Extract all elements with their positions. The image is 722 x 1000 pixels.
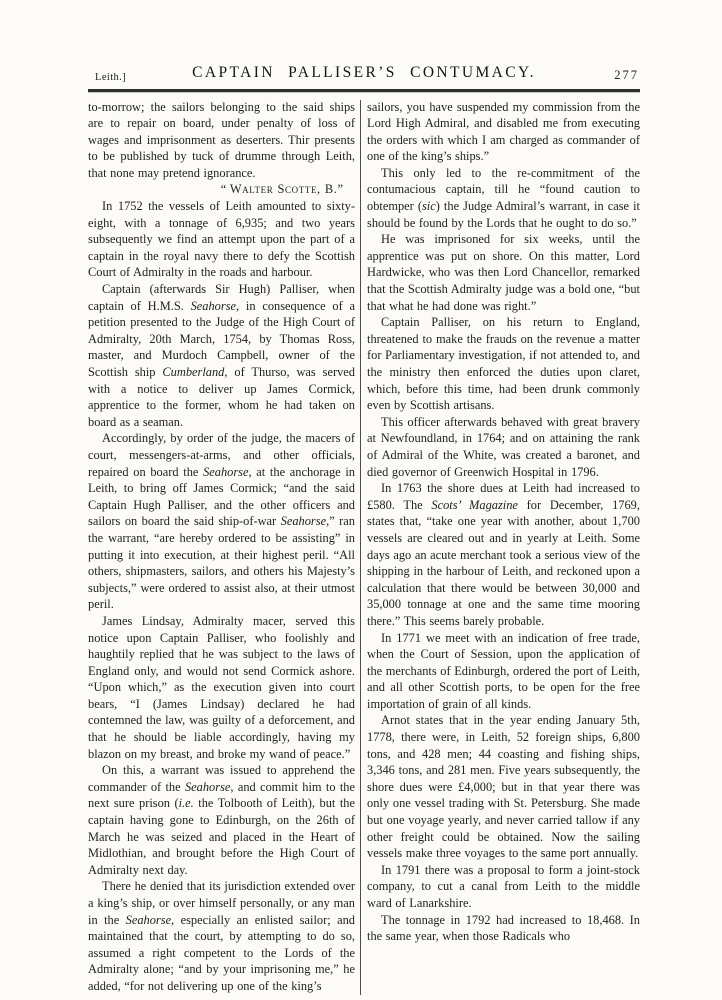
text-segment: The tonnage in 1792 had increased to 18,… xyxy=(367,913,640,944)
text-segment: In 1752 the vessels of Leith amounted to… xyxy=(88,199,355,279)
book-page: Leith.] CAPTAIN PALLISER’S CONTUMACY. 27… xyxy=(0,0,722,1000)
paragraph: Accordingly, by order of the judge, the … xyxy=(88,430,355,613)
text-segment: In 1791 there was a proposal to form a j… xyxy=(367,863,640,910)
paragraph: Arnot states that in the year ending Jan… xyxy=(367,712,640,861)
text-segment: Seahorse xyxy=(185,780,230,794)
paragraph: In 1771 we meet with an indication of fr… xyxy=(367,630,640,713)
text-segment: Scots’ Magazine xyxy=(431,498,518,512)
page-title: CAPTAIN PALLISER’S CONTUMACY. xyxy=(88,60,640,82)
paragraph: There he denied that its jurisdiction ex… xyxy=(88,878,355,994)
paragraph: The tonnage in 1792 had increased to 18,… xyxy=(367,912,640,945)
text-columns: to-morrow; the sailors belonging to the … xyxy=(88,99,640,995)
paragraph: to-morrow; the sailors belonging to the … xyxy=(88,99,355,182)
paragraph: This only led to the re-commitment of th… xyxy=(367,165,640,231)
text-segment: Captain Palliser, on his return to Engla… xyxy=(367,315,640,412)
text-segment: He was imprisoned for six weeks, until t… xyxy=(367,232,640,312)
text-segment: In 1771 we meet with an indication of fr… xyxy=(367,631,640,711)
running-section-label: Leith.] xyxy=(95,72,126,83)
signature-line: “ Walter Scotte, B.” xyxy=(88,181,355,198)
text-segment: This officer afterwards behaved with gre… xyxy=(367,415,640,479)
text-segment: for December, 1769, states that, “take o… xyxy=(367,498,640,628)
left-column: to-morrow; the sailors belonging to the … xyxy=(88,99,355,995)
column-divider xyxy=(360,100,361,995)
text-segment: Arnot states that in the year ending Jan… xyxy=(367,713,640,860)
paragraph: This officer afterwards behaved with gre… xyxy=(367,414,640,480)
paragraph: On this, a warrant was issued to apprehe… xyxy=(88,762,355,878)
paragraph: In 1791 there was a proposal to form a j… xyxy=(367,862,640,912)
text-segment: Walter Scotte, B. xyxy=(230,182,338,196)
text-segment: ” xyxy=(338,182,344,196)
paragraph: Captain (afterwards Sir Hugh) Palliser, … xyxy=(88,281,355,430)
header-rule xyxy=(88,89,640,92)
text-segment: Seahorse xyxy=(281,514,326,528)
paragraph: Captain Palliser, on his return to Engla… xyxy=(367,314,640,414)
text-segment: sic xyxy=(422,199,436,213)
paragraph: In 1763 the shore dues at Leith had incr… xyxy=(367,480,640,629)
right-column: sailors, you have suspended my commissio… xyxy=(367,99,640,995)
text-segment: Seahorse xyxy=(191,299,236,313)
paragraph: In 1752 the vessels of Leith amounted to… xyxy=(88,198,355,281)
paragraph: James Lindsay, Admiralty macer, served t… xyxy=(88,613,355,762)
text-segment: “ xyxy=(221,182,230,196)
text-segment: Seahorse xyxy=(203,465,248,479)
text-segment: Cumberland xyxy=(162,365,224,379)
text-segment: ,” ran the warrant, “are hereby ordered … xyxy=(88,514,355,611)
paragraph: He was imprisoned for six weeks, until t… xyxy=(367,231,640,314)
text-segment: sailors, you have suspended my commissio… xyxy=(367,100,640,164)
text-segment: to-morrow; the sailors belonging to the … xyxy=(88,100,355,180)
text-segment: James Lindsay, Admiralty macer, served t… xyxy=(88,614,355,761)
page-content: Leith.] CAPTAIN PALLISER’S CONTUMACY. 27… xyxy=(88,60,640,995)
paragraph: sailors, you have suspended my commissio… xyxy=(367,99,640,165)
text-segment: Seahorse xyxy=(126,913,171,927)
text-segment: i.e. xyxy=(179,796,194,810)
page-header: Leith.] CAPTAIN PALLISER’S CONTUMACY. 27… xyxy=(88,60,640,86)
page-number: 277 xyxy=(614,68,639,83)
